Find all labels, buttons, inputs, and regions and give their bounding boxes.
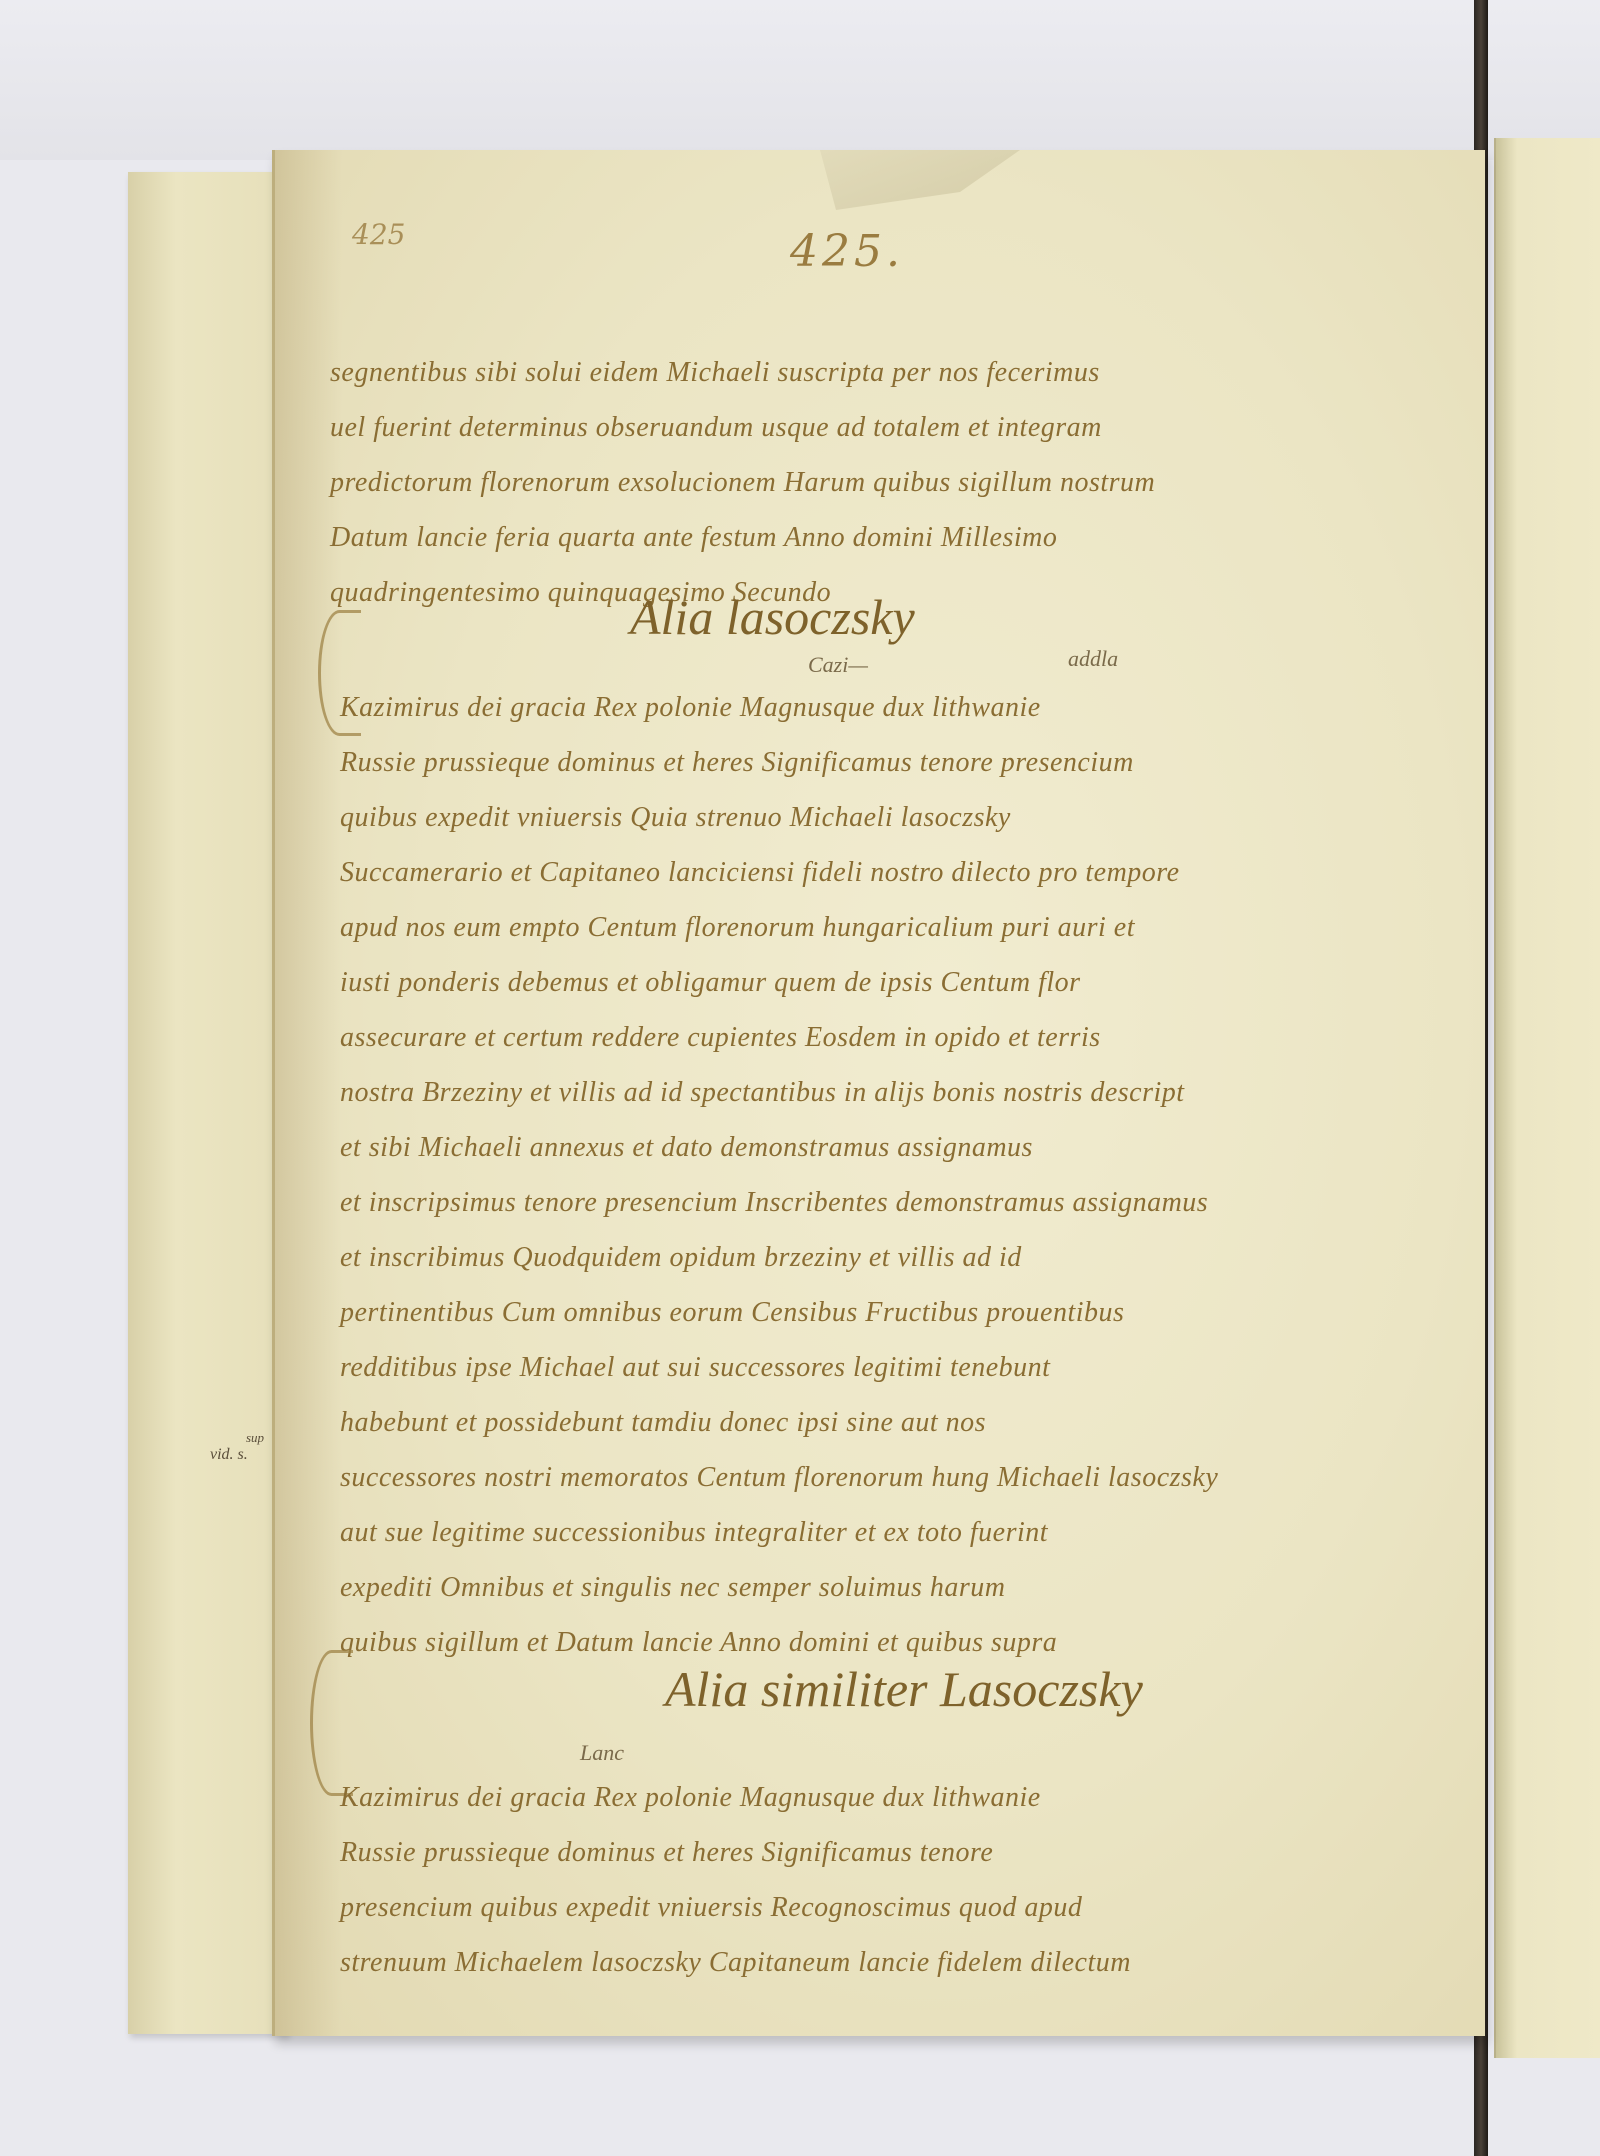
old-folio-number: 425 [352, 218, 405, 251]
text-line: Russie prussieque dominus et heres Signi… [340, 735, 1340, 790]
text-line: assecurare et certum reddere cupientes E… [340, 1010, 1340, 1065]
text-line: pertinentibus Cum omnibus eorum Censibus… [340, 1285, 1340, 1340]
interlinear-gloss: addla [1068, 646, 1118, 672]
text-line: aut sue legitime successionibus integral… [340, 1505, 1340, 1560]
section-heading-1: Alia lasoczsky [630, 588, 915, 646]
section-heading-2: Alia similiter Lasoczsky [665, 1660, 1143, 1718]
text-line: Kazimirus dei gracia Rex polonie Magnusq… [340, 1770, 1340, 1825]
text-line: uel fuerint determinus obseruandum usque… [330, 400, 1330, 455]
text-line: successores nostri memoratos Centum flor… [340, 1450, 1340, 1505]
text-line: segnentibus sibi solui eidem Michaeli su… [330, 345, 1330, 400]
folio-number: 425. [790, 226, 904, 277]
text-line: quibus expedit vniuersis Quia strenuo Mi… [340, 790, 1340, 845]
text-line: Succamerario et Capitaneo lanciciensi fi… [340, 845, 1340, 900]
margin-annotation: sup vid. s. [210, 1430, 264, 1464]
margin-annotation-text: vid. s. [210, 1446, 248, 1463]
interlinear-gloss: Cazi— [808, 652, 868, 678]
text-block-charter-1: Kazimirus dei gracia Rex polonie Magnusq… [340, 680, 1340, 1670]
interlinear-gloss: Lanc [580, 1740, 624, 1766]
text-line: Datum lancie feria quarta ante festum An… [330, 510, 1330, 565]
text-line: et inscripsimus tenore presencium Inscri… [340, 1175, 1340, 1230]
text-line: presencium quibus expedit vniuersis Reco… [340, 1880, 1340, 1935]
text-line: Russie prussieque dominus et heres Signi… [340, 1825, 1340, 1880]
text-line: expediti Omnibus et singulis nec semper … [340, 1560, 1340, 1615]
text-line: predictorum florenorum exsolucionem Haru… [330, 455, 1330, 510]
text-line: strenuum Michaelem lasoczsky Capitaneum … [340, 1935, 1340, 1990]
adjacent-leaf [1494, 138, 1600, 2058]
text-line: Kazimirus dei gracia Rex polonie Magnusq… [340, 680, 1340, 735]
text-line: apud nos eum empto Centum florenorum hun… [340, 900, 1340, 955]
text-line: nostra Brzeziny et villis ad id spectant… [340, 1065, 1340, 1120]
text-line: et sibi Michaeli annexus et dato demonst… [340, 1120, 1340, 1175]
text-line: redditibus ipse Michael aut sui successo… [340, 1340, 1340, 1395]
text-line: habebunt et possidebunt tamdiu donec ips… [340, 1395, 1340, 1450]
binding-stub [128, 172, 288, 2034]
text-block-continuation: segnentibus sibi solui eidem Michaeli su… [330, 345, 1330, 620]
text-line: iusti ponderis debemus et obligamur quem… [340, 955, 1340, 1010]
text-line: et inscribimus Quodquidem opidum brzezin… [340, 1230, 1340, 1285]
margin-annotation-superscript: sup [246, 1430, 264, 1446]
scan-background [0, 0, 1600, 160]
text-block-charter-2: Kazimirus dei gracia Rex polonie Magnusq… [340, 1770, 1340, 1990]
